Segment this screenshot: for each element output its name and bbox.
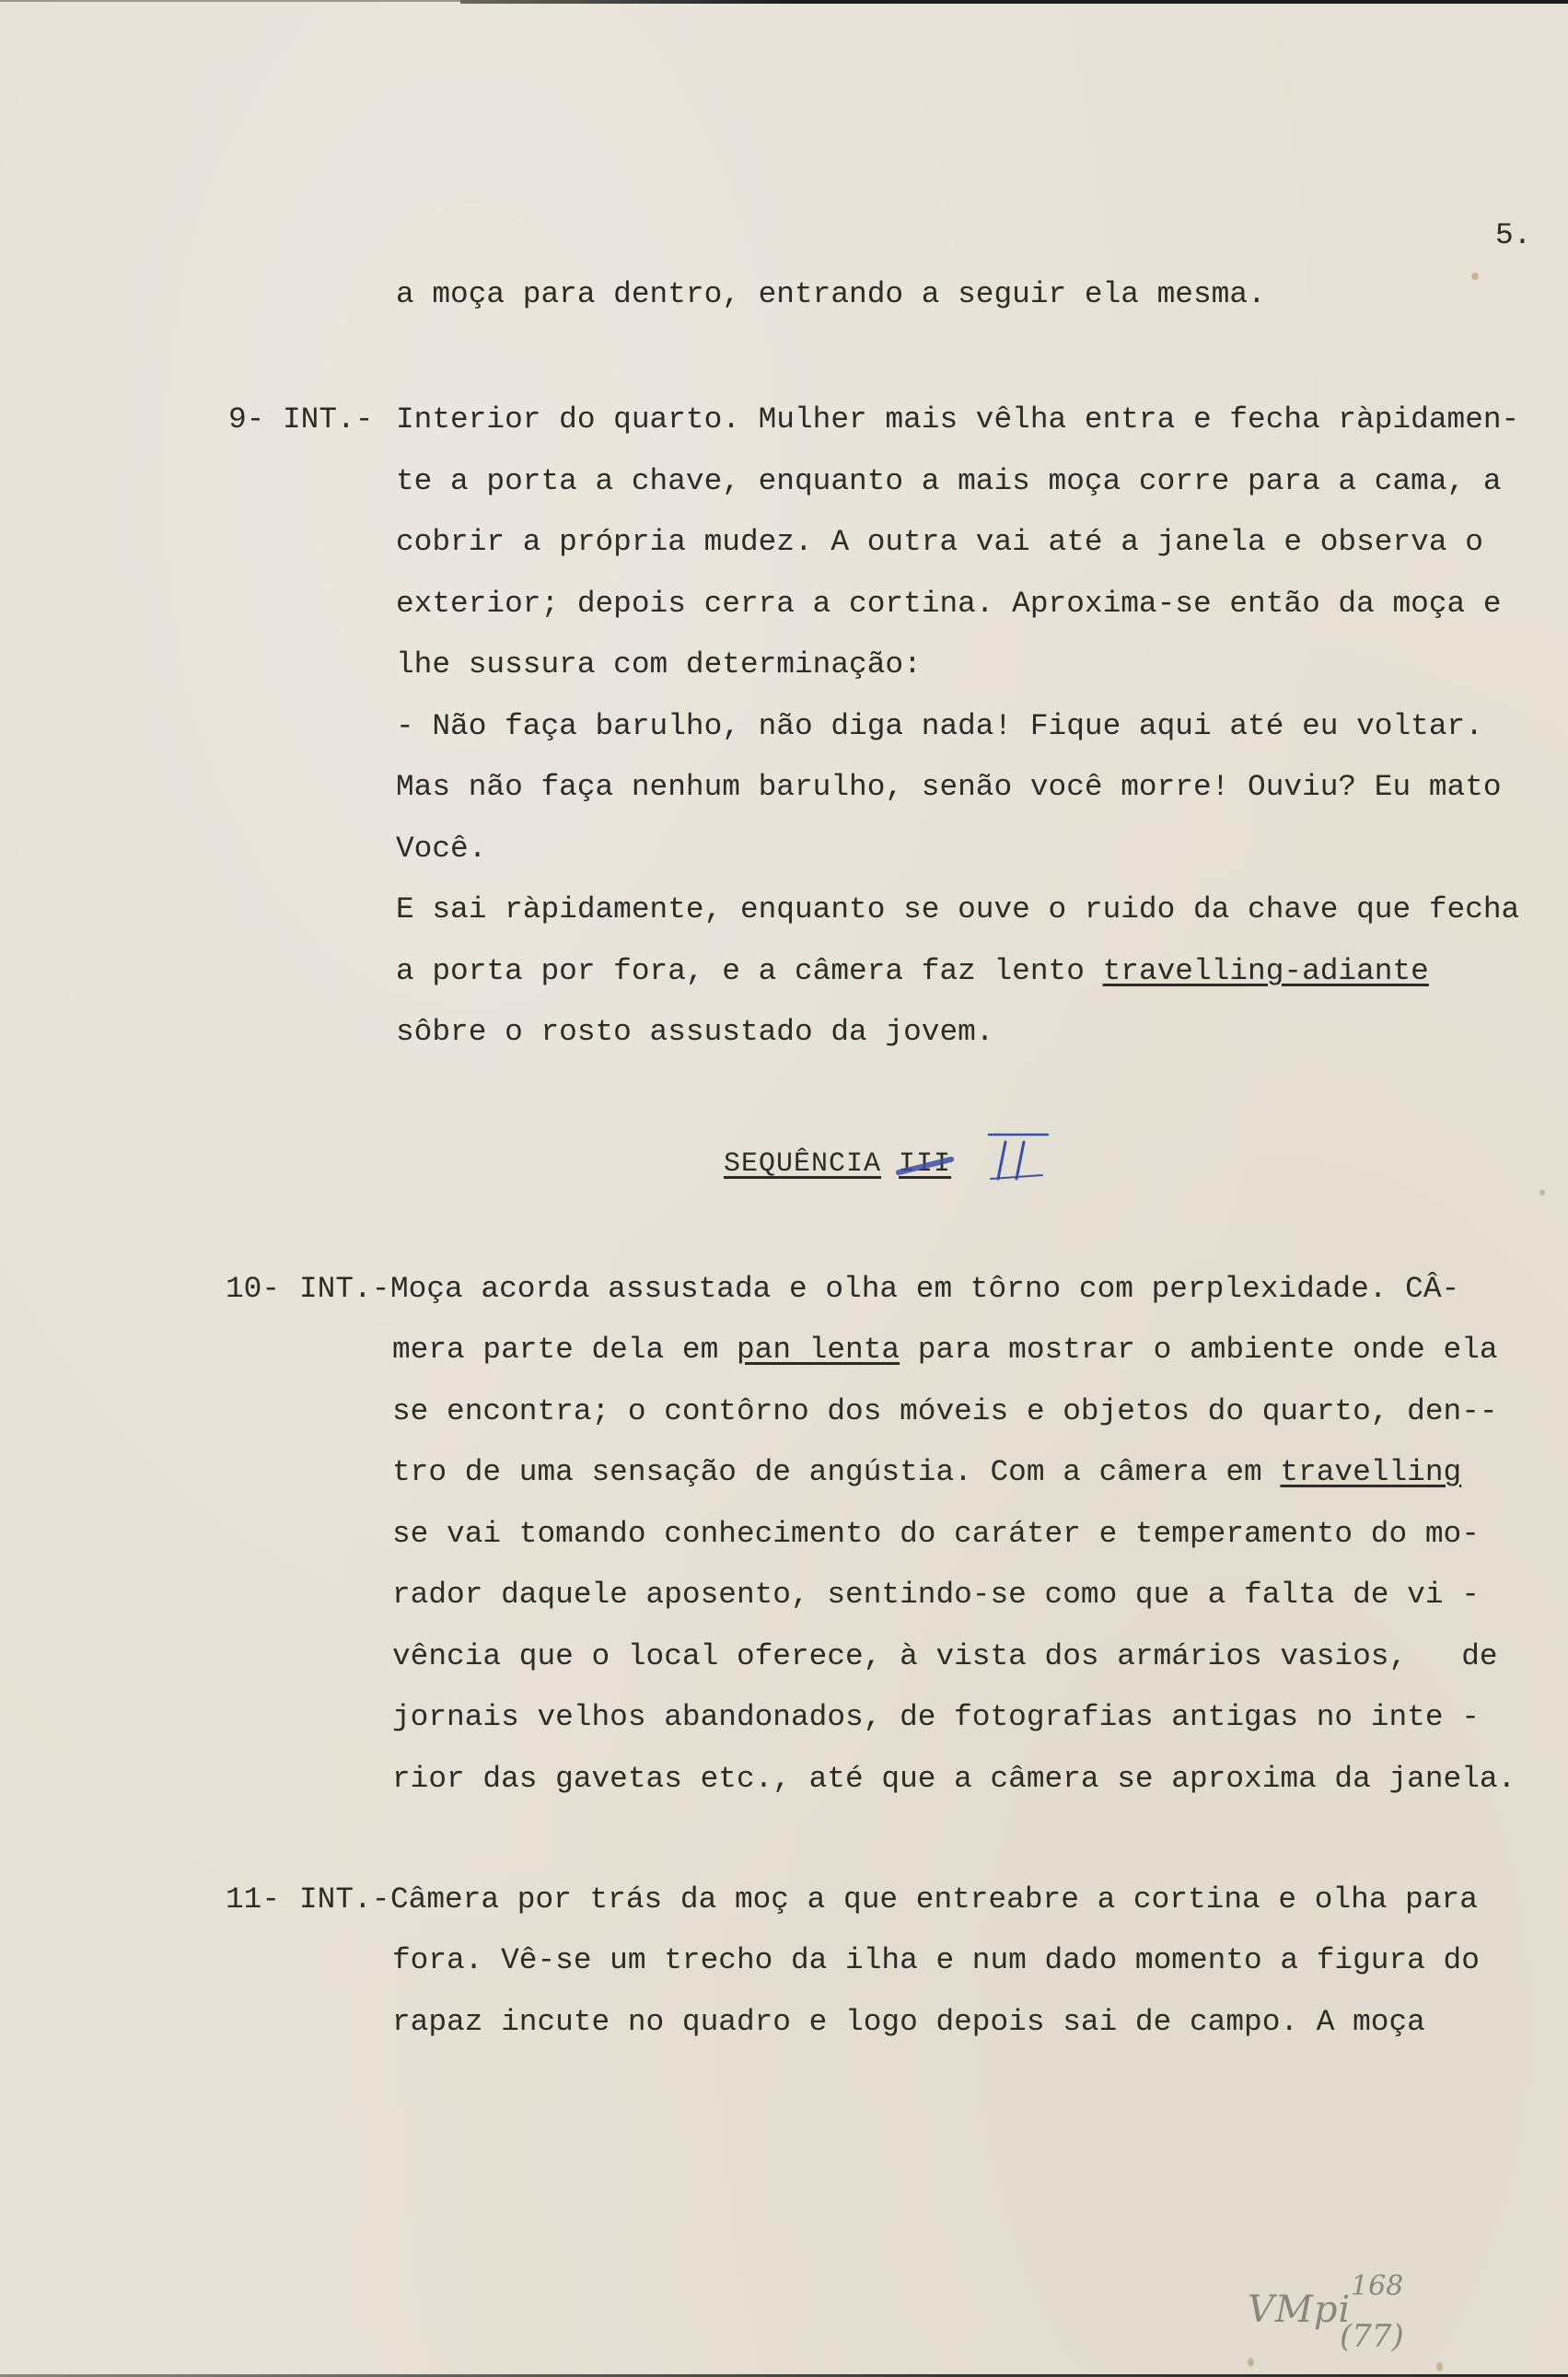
sequence-label: SEQUÊNCIA [724,1148,881,1180]
scene-line: tro de uma sensação de angústia. Com a c… [392,1454,1461,1491]
struck-numeral: III [899,1148,951,1180]
sequence-heading: SEQUÊNCIA III [724,1146,951,1183]
scene-line: te a porta a chave, enquanto a mais moça… [396,463,1502,500]
scene-number: 11- [226,1882,280,1918]
scene-line: vência que o local oferece, à vista dos … [392,1638,1498,1675]
scan-edge-top-left [0,0,460,2]
scene-line: E sai ràpidamente, enquanto se ouve o ru… [396,891,1519,928]
scene-line: mera parte dela em pan lenta para mostra… [392,1332,1498,1369]
handwritten-numeral-correction [981,1131,1055,1186]
paper-stain [1539,1190,1545,1195]
underlined-term: travelling-adiante [1103,954,1429,988]
page-number: 5. [1495,217,1531,254]
scene-line-text: para mostrar o ambiente onde ela [900,1333,1497,1367]
paper-stain [1248,2358,1254,2367]
pencil-code: VMpi [1248,2289,1351,2331]
scene-line: se vai tomando conhecimento do caráter e… [392,1516,1480,1553]
dialogue-line: Mas não faça nenhum barulho, senão você … [396,769,1502,806]
pencil-subfolio: (77) [1340,2318,1404,2355]
scene-line: se encontra; o contôrno dos móveis e obj… [392,1393,1498,1430]
scene-type: INT.- [299,1271,389,1308]
scene-line: exterior; depois cerra a cortina. Aproxi… [396,586,1502,623]
scene-line: a porta por fora, e a câmera faz lento t… [396,953,1429,990]
dialogue-line: Você. [396,831,486,868]
scene-line: lhe sussura com determinação: [396,647,922,683]
scene-line: Câmera por trás da moç a que entreabre a… [390,1882,1478,1918]
pencil-archive-annotation: VMpi 168 (77) [1248,2270,1469,2371]
scene-type: INT.- [283,402,373,438]
scene-line: rador daquele aposento, sentindo-se como… [392,1577,1480,1614]
underlined-term: pan lenta [737,1333,900,1367]
continuation-line: a moça para dentro, entrando a seguir el… [396,276,1266,313]
scene-line: sôbre o rosto assustado da jovem. [396,1014,993,1051]
scene-type: INT.- [299,1882,389,1918]
paper-stain [1436,2362,1443,2371]
scene-line: Interior do quarto. Mulher mais vêlha en… [396,402,1519,438]
pencil-folio: 168 [1351,2270,1403,2302]
scan-edge-top [460,0,1568,4]
paper-stain [1471,273,1479,280]
scene-line: rapaz incute no quadro e logo depois sai… [392,2004,1425,2041]
scene-line: fora. Vê-se um trecho da ilha e num dado… [392,1942,1480,1979]
underlined-term: travelling [1280,1455,1461,1489]
scene-number: 10- [226,1271,280,1308]
scene-line: cobrir a própria mudez. A outra vai até … [396,524,1483,561]
scene-line: jornais velhos abandonados, de fotografi… [392,1699,1480,1736]
scene-number: 9- [228,402,264,438]
scene-line-text: mera parte dela em [392,1333,737,1367]
scene-line: Moça acorda assustada e olha em tôrno co… [390,1271,1459,1308]
dialogue-line: - Não faça barulho, não diga nada! Fique… [396,708,1483,745]
scene-line-text: a porta por fora, e a câmera faz lento [396,954,1103,988]
scene-line: rior das gavetas etc., até que a câmera … [392,1761,1516,1798]
scene-line-text: tro de uma sensação de angústia. Com a c… [392,1455,1280,1489]
